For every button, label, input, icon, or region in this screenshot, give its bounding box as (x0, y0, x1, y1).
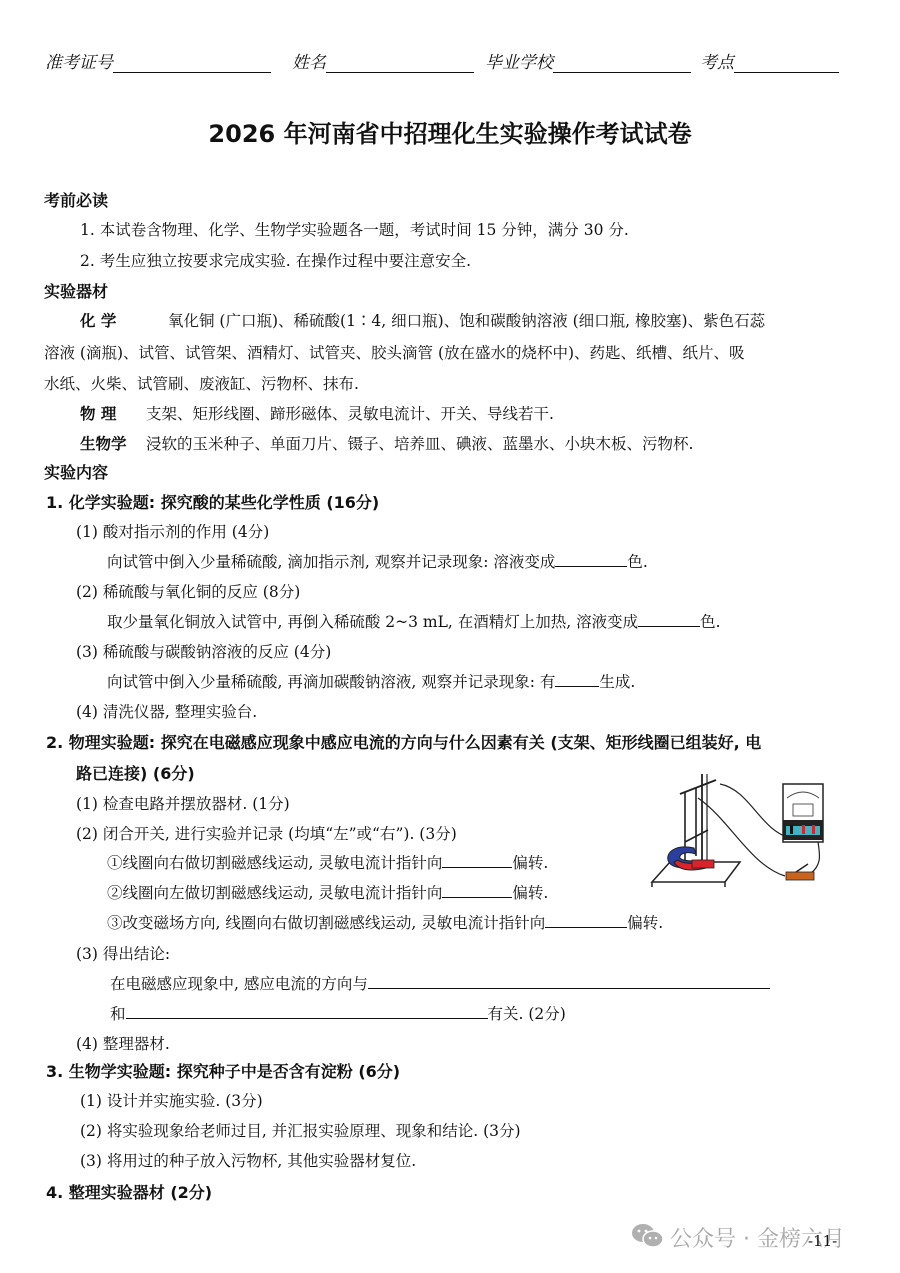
apparatus-figure (630, 770, 870, 900)
q2-conclusion-blank-1[interactable] (368, 974, 770, 989)
q2-sub3: ③改变磁场方向, 线圈向右做切割磁感线运动, 灵敏电流计指针向偏转. (107, 911, 663, 933)
q1-part3-answer-blank[interactable] (555, 672, 599, 687)
q2-sub2-answer-blank[interactable] (442, 883, 512, 898)
notice-item-1: 1. 本试卷含物理、化学、生物学实验题各一题，考试时间 15 分钟，满分 30 … (80, 218, 629, 240)
q2-sub1-answer-blank[interactable] (442, 853, 512, 868)
q2-sub1-suffix: 偏转. (512, 854, 548, 872)
q1-part1-answer-blank[interactable] (555, 552, 627, 567)
q2-conclusion-suffix: 有关. (2分) (488, 1005, 566, 1023)
page-number: -11- (808, 1232, 837, 1250)
equipment-physics: 物 理支架、矩形线圈、蹄形磁体、灵敏电流计、开关、导线若干. (80, 402, 554, 424)
chemistry-items-line1: 氧化铜 (广口瓶)、稀硫酸(1∶4, 细口瓶)、饱和碳酸钠溶液 (细口瓶, 橡胶… (168, 312, 765, 330)
q3-part3: (3) 将用过的种子放入污物杯, 其他实验器材复位. (80, 1149, 416, 1171)
name-label: 姓名 (292, 53, 326, 73)
q4-title: 4. 整理实验器材 (2分) (46, 1180, 212, 1203)
chemistry-items-line2: 溶液 (滴瓶)、试管、试管架、酒精灯、试管夹、胶头滴管 (放在盛水的烧杯中)、药… (44, 341, 745, 363)
q2-conclusion-and: 和 (110, 1005, 126, 1023)
chemistry-items-line3: 水纸、火柴、试管刷、废液缸、污物杯、抹布. (44, 372, 359, 394)
exam-site-field[interactable] (734, 56, 839, 73)
q2-part3: (3) 得出结论: (76, 942, 170, 964)
header-school: 毕业学校 (485, 48, 691, 73)
chemistry-label: 化 学 (80, 309, 168, 331)
header-name: 姓名 (292, 48, 474, 73)
physics-label: 物 理 (80, 402, 146, 424)
notice-item-2: 2. 考生应独立按要求完成实验. 在操作过程中要注意安全. (80, 249, 471, 271)
q1-part1-suffix: 色. (627, 553, 647, 571)
q2-conclusion-line2: 和有关. (2分) (110, 1002, 566, 1024)
q1-part3-suffix: 生成. (599, 673, 635, 691)
q2-part1: (1) 检查电路并摆放器材. (1分) (76, 792, 290, 814)
wechat-icon (630, 1221, 666, 1255)
name-field[interactable] (326, 56, 474, 73)
q1-part1-label: (1) 酸对指示剂的作用 (4分) (76, 520, 269, 542)
q1-part1-text: 向试管中倒入少量稀硫酸, 滴加指示剂, 观察并记录现象: 溶液变成 (107, 553, 555, 571)
school-label: 毕业学校 (485, 53, 553, 73)
q2-conclusion-text: 在电磁感应现象中, 感应电流的方向与 (110, 975, 368, 993)
switch (786, 872, 814, 880)
q1-part2-answer-blank[interactable] (638, 612, 700, 627)
q2-conclusion-line1: 在电磁感应现象中, 感应电流的方向与 (110, 972, 770, 994)
equipment-biology: 生物学浸软的玉米种子、单面刀片、镊子、培养皿、碘液、蓝墨水、小块木板、污物杯. (80, 432, 693, 454)
q1-part2-suffix: 色. (700, 613, 720, 631)
biology-label: 生物学 (80, 432, 146, 454)
q2-title-line2: 路已连接) (6分) (76, 761, 195, 784)
q1-title: 1. 化学实验题: 探究酸的某些化学性质 (16分) (46, 490, 379, 513)
q2-sub2-text: ②线圈向左做切割磁感线运动, 灵敏电流计指针向 (107, 884, 442, 902)
biology-items: 浸软的玉米种子、单面刀片、镊子、培养皿、碘液、蓝墨水、小块木板、污物杯. (146, 435, 693, 453)
q3-part1: (1) 设计并实施实验. (3分) (80, 1089, 263, 1111)
q2-sub2-suffix: 偏转. (512, 884, 548, 902)
q3-part2: (2) 将实验现象给老师过目, 并汇报实验原理、现象和结论. (3分) (80, 1119, 521, 1141)
q2-part2: (2) 闭合开关, 进行实验并记录 (均填“左”或“右”). (3分) (76, 822, 457, 844)
q2-sub1-text: ①线圈向右做切割磁感线运动, 灵敏电流计指针向 (107, 854, 442, 872)
q2-title-line1: 2. 物理实验题: 探究在电磁感应现象中感应电流的方向与什么因素有关 (支架、矩… (46, 730, 761, 753)
q2-sub3-answer-blank[interactable] (545, 913, 627, 928)
q1-part2-text: 取少量氧化铜放入试管中, 再倒入稀硫酸 2~3 mL, 在酒精灯上加热, 溶液变… (107, 613, 638, 631)
school-field[interactable] (553, 56, 691, 73)
equipment-chemistry: 化 学氧化铜 (广口瓶)、稀硫酸(1∶4, 细口瓶)、饱和碳酸钠溶液 (细口瓶,… (80, 309, 765, 331)
content-heading: 实验内容 (44, 460, 108, 483)
exam-site-label: 考点 (700, 53, 734, 73)
page-title: 2026 年河南省中招理化生实验操作考试试卷 (0, 114, 900, 149)
q3-title: 3. 生物学实验题: 探究种子中是否含有淀粉 (6分) (46, 1059, 400, 1082)
admission-number-field[interactable] (113, 56, 271, 73)
q1-part1-question: 向试管中倒入少量稀硫酸, 滴加指示剂, 观察并记录现象: 溶液变成色. (107, 550, 648, 572)
q2-sub3-text: ③改变磁场方向, 线圈向右做切割磁感线运动, 灵敏电流计指针向 (107, 914, 545, 932)
q2-sub3-suffix: 偏转. (627, 914, 663, 932)
header-exam-site: 考点 (700, 48, 839, 73)
q2-part4: (4) 整理器材. (76, 1032, 170, 1054)
q1-part3-text: 向试管中倒入少量稀硫酸, 再滴加碳酸钠溶液, 观察并记录现象: 有 (107, 673, 555, 691)
q1-part3-question: 向试管中倒入少量稀硫酸, 再滴加碳酸钠溶液, 观察并记录现象: 有生成. (107, 670, 635, 692)
q2-sub2: ②线圈向左做切割磁感线运动, 灵敏电流计指针向偏转. (107, 881, 548, 903)
header-admission-number: 准考证号 (45, 48, 271, 73)
q2-conclusion-blank-2[interactable] (126, 1004, 488, 1019)
q2-sub1: ①线圈向右做切割磁感线运动, 灵敏电流计指针向偏转. (107, 851, 548, 873)
q1-part2-label: (2) 稀硫酸与氧化铜的反应 (8分) (76, 580, 300, 602)
admission-number-label: 准考证号 (45, 53, 113, 73)
equipment-heading: 实验器材 (44, 279, 108, 302)
notice-heading: 考前必读 (44, 188, 108, 211)
q1-part3-label: (3) 稀硫酸与碳酸钠溶液的反应 (4分) (76, 640, 331, 662)
q1-part2-question: 取少量氧化铜放入试管中, 再倒入稀硫酸 2~3 mL, 在酒精灯上加热, 溶液变… (107, 610, 721, 632)
physics-items: 支架、矩形线圈、蹄形磁体、灵敏电流计、开关、导线若干. (146, 405, 554, 423)
q1-part4-label: (4) 清洗仪器, 整理实验台. (76, 700, 257, 722)
